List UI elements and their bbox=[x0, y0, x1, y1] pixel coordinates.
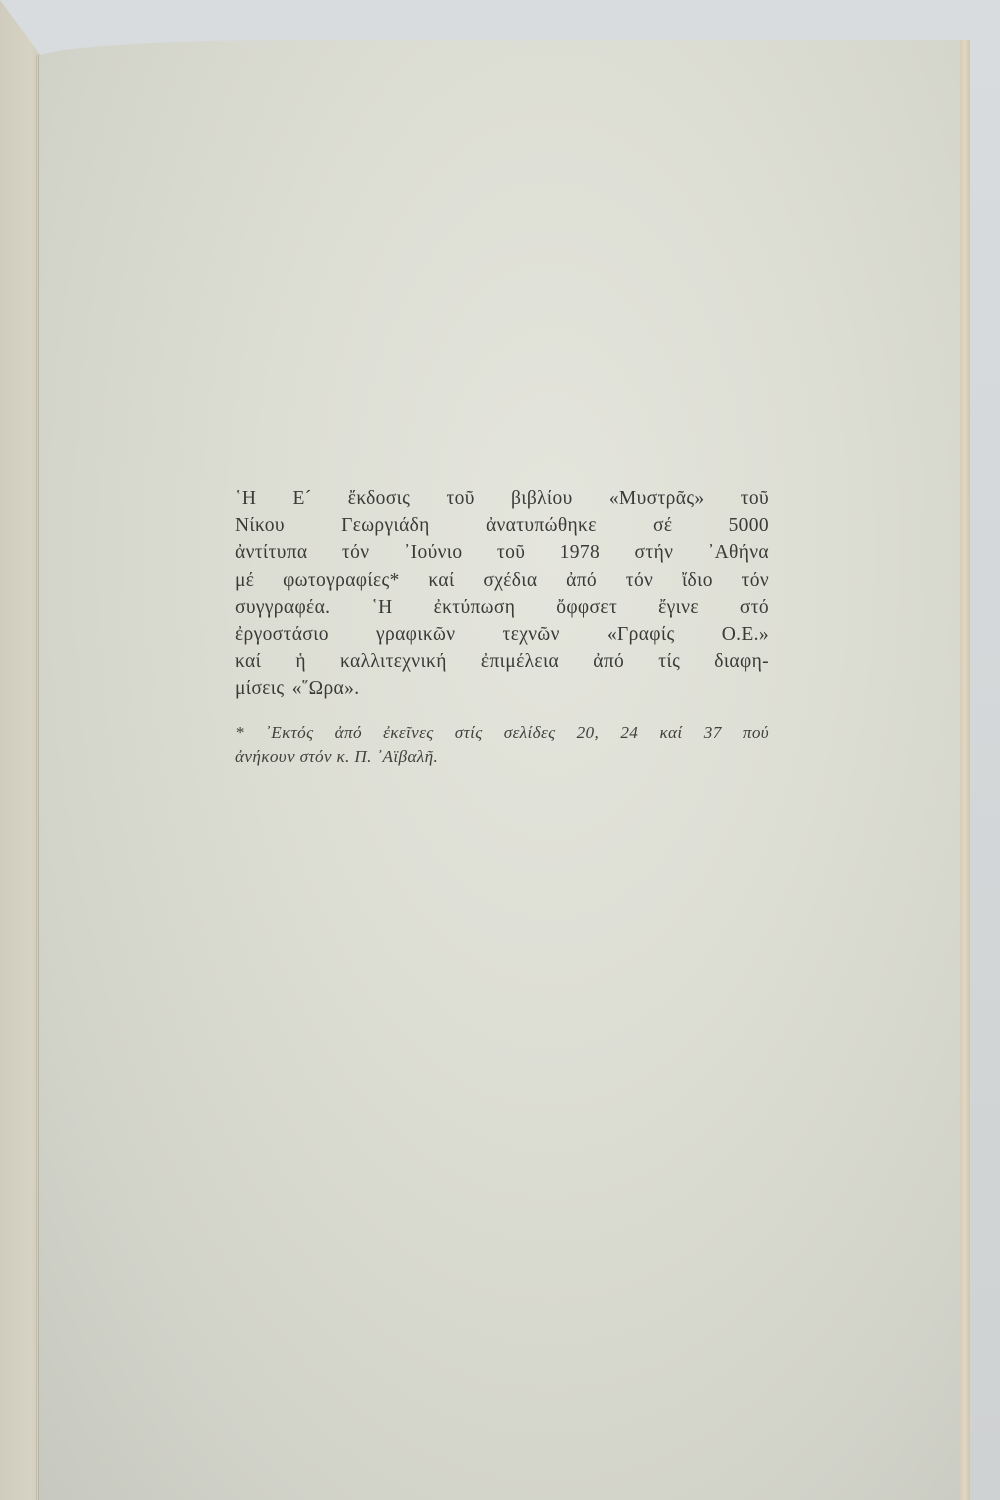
book-gutter bbox=[36, 55, 39, 1500]
colophon-line: μίσεις «῞Ωρα». bbox=[235, 675, 769, 702]
colophon-line: ῾Η Ε´ ἔκδοσις τοῦ βιβλίου «Μυστρᾶς» τοῦ bbox=[235, 485, 769, 512]
colophon-block: ῾Η Ε´ ἔκδοσις τοῦ βιβλίου «Μυστρᾶς» τοῦ … bbox=[235, 485, 769, 769]
footnote-line: * ᾿Εκτός ἀπό ἐκεῖνες στίς σελίδες 20, 24… bbox=[235, 721, 769, 745]
photo-credit-footnote: * ᾿Εκτός ἀπό ἐκεῖνες στίς σελίδες 20, 24… bbox=[235, 721, 769, 769]
colophon-line: συγγραφέα. ῾Η ἐκτύπωση ὄφφσετ ἔγινε στό bbox=[235, 594, 769, 621]
page-right-edge bbox=[960, 40, 970, 1500]
colophon-line: ἀντίτυπα τόν ᾿Ιούνιο τοῦ 1978 στήν ᾿Αθήν… bbox=[235, 539, 769, 566]
colophon-text: ῾Η Ε´ ἔκδοσις τοῦ βιβλίου «Μυστρᾶς» τοῦ … bbox=[235, 485, 769, 703]
colophon-line: μέ φωτογραφίες* καί σχέδια ἀπό τόν ἴδιο … bbox=[235, 567, 769, 594]
colophon-line: ἐργοστάσιο γραφικῶν τεχνῶν «Γραφίς Ο.Ε.» bbox=[235, 621, 769, 648]
footnote-line: ἀνήκουν στόν κ. Π. ᾿Αϊβαλῆ. bbox=[235, 745, 769, 769]
colophon-line: καί ἡ καλλιτεχνική ἐπιμέλεια ἀπό τίς δια… bbox=[235, 648, 769, 675]
colophon-line: Νίκου Γεωργιάδη ἀνατυπώθηκε σέ 5000 bbox=[235, 512, 769, 539]
book-page bbox=[38, 40, 970, 1500]
